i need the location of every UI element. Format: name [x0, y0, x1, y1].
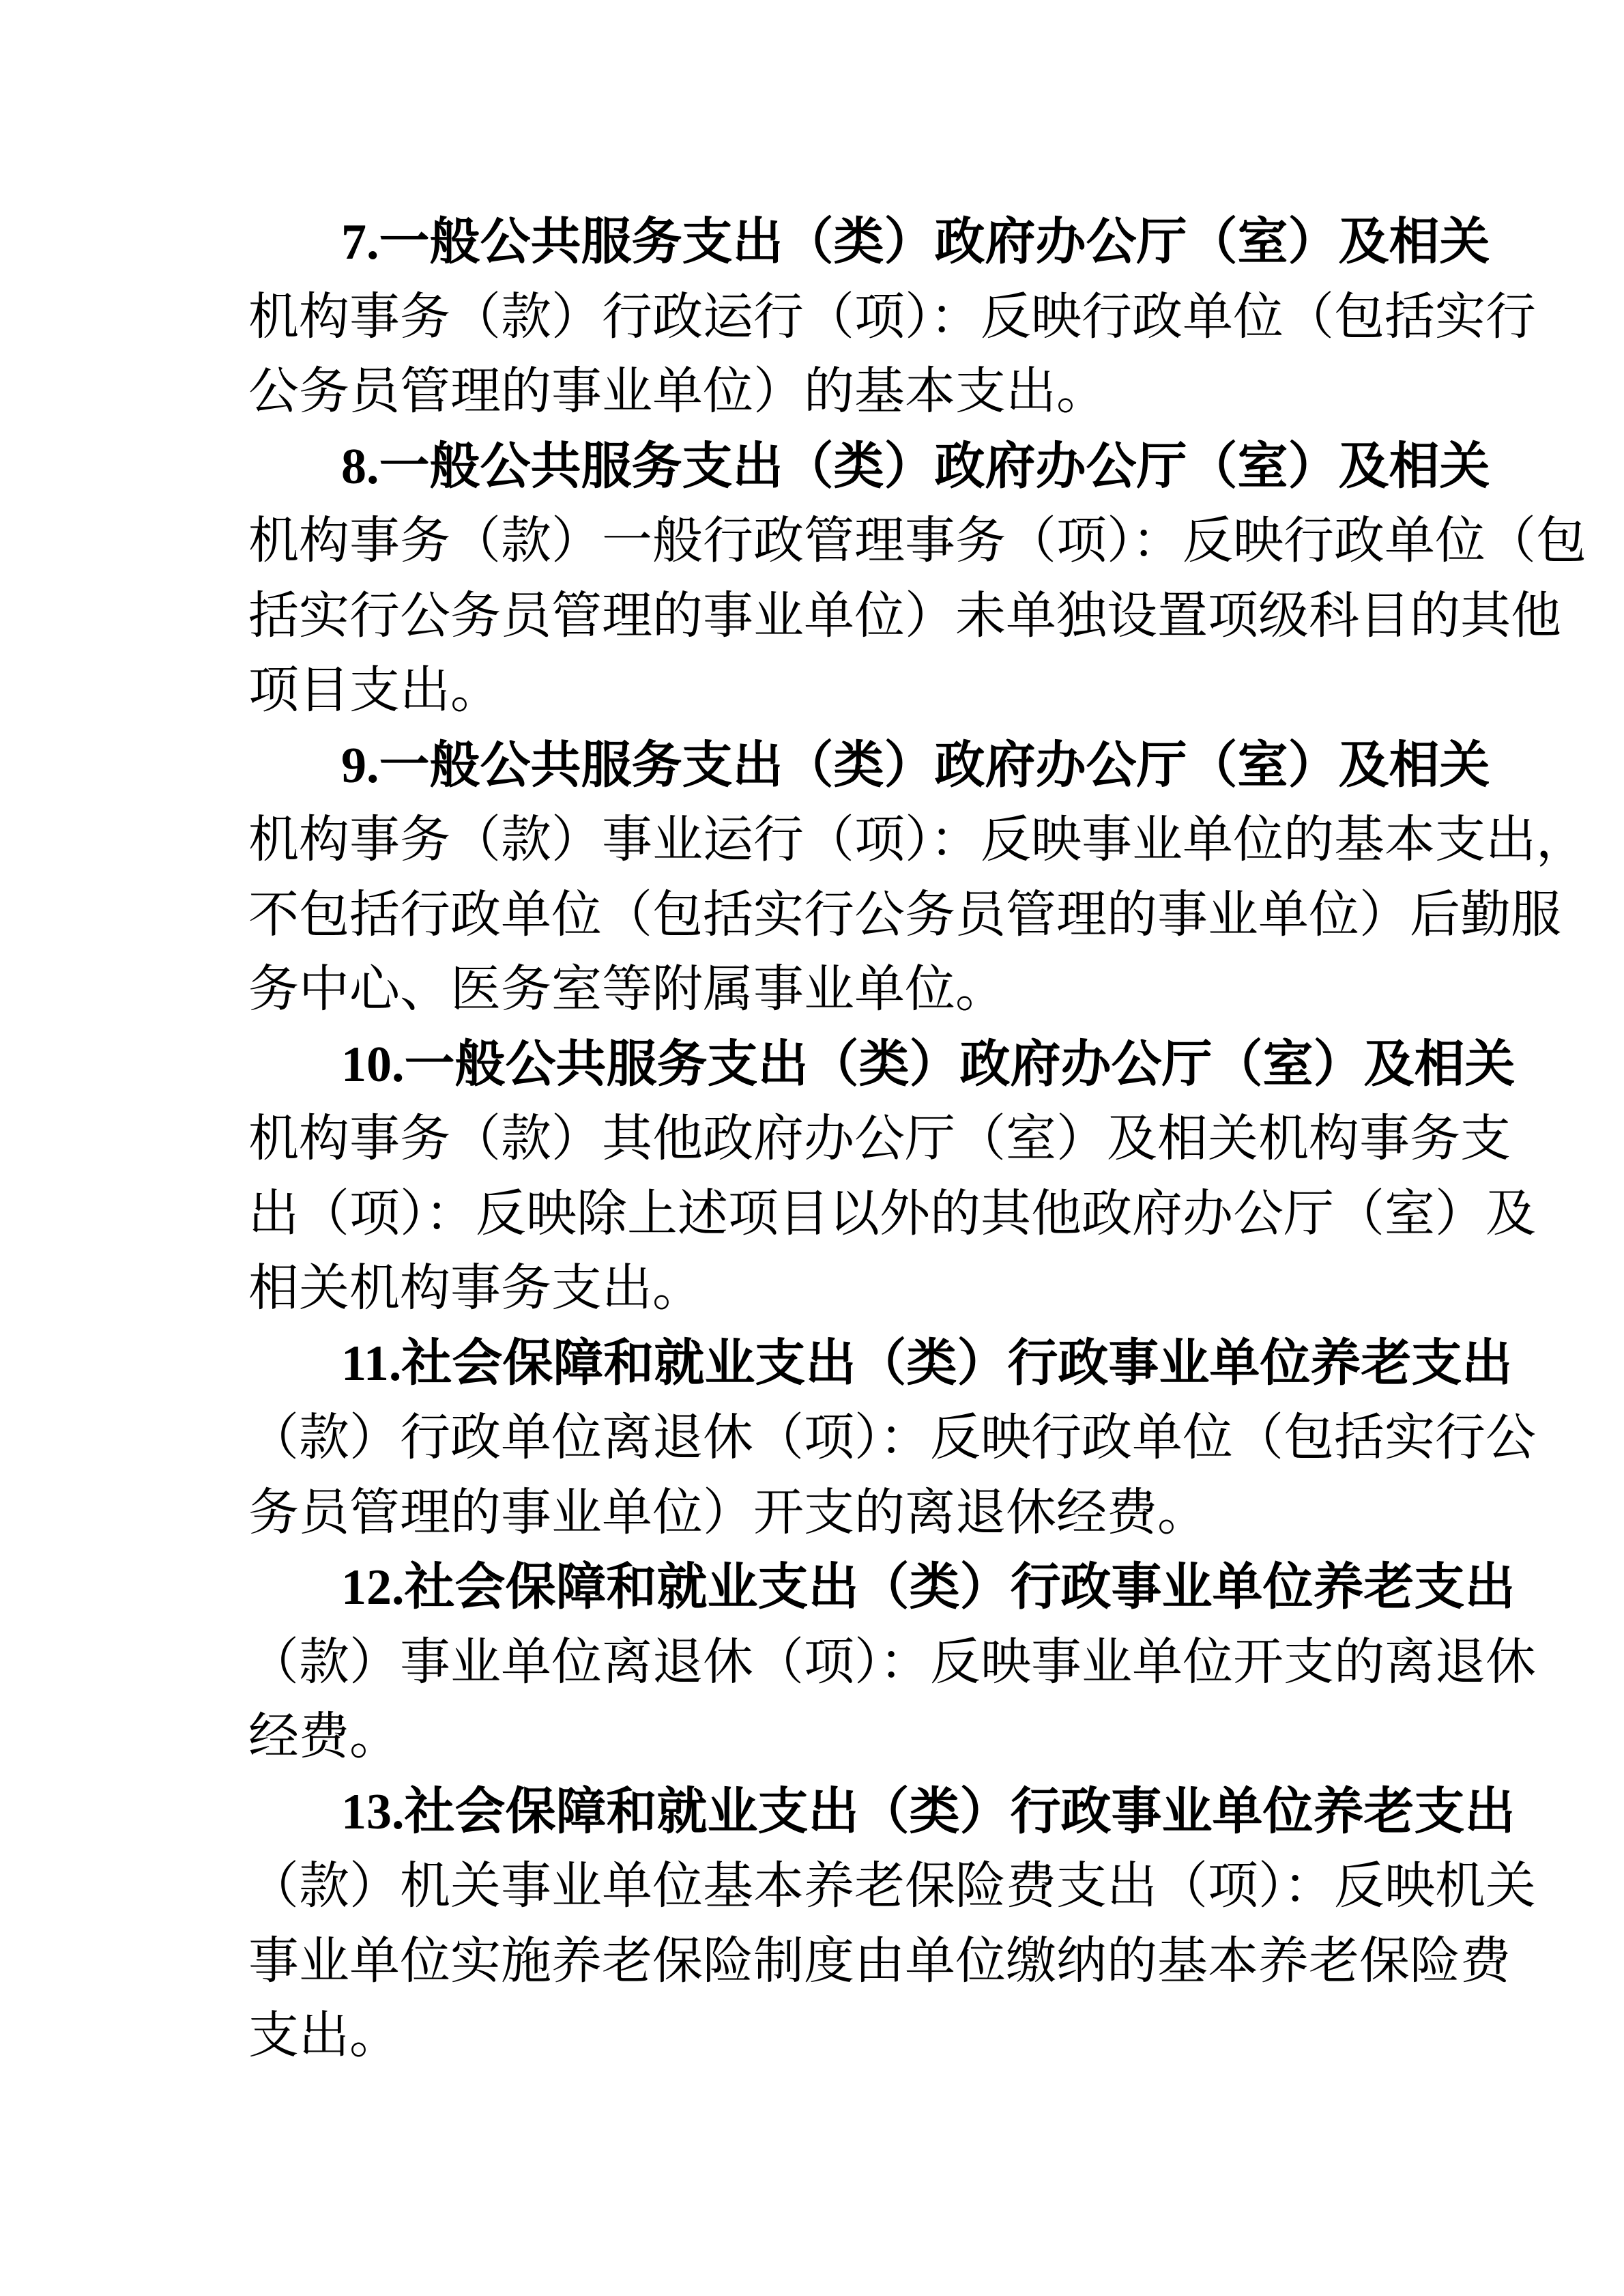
paragraph-line: 12.社会保障和就业支出（类）行政事业单位养老支出: [248, 1550, 1395, 1625]
paragraph-line: 括实行公务员管理的事业单位）未单独设置项级科目的其他: [248, 579, 1395, 654]
line-text: 社会保障和就业支出（类）行政事业单位养老支出: [405, 1782, 1516, 1841]
item-number: 9.: [341, 738, 379, 794]
paragraph-line: 机构事务（款）其他政府办公厅（室）及相关机构事务支: [248, 1102, 1395, 1177]
item-number: 8.: [341, 439, 379, 495]
paragraph-line: 项目支出。: [248, 653, 1395, 728]
paragraph-13: 13.社会保障和就业支出（类）行政事业单位养老支出 （款）机关事业单位基本养老保…: [248, 1775, 1395, 2073]
item-number: 11.: [341, 1336, 401, 1392]
paragraph-line: 7.一般公共服务支出（类）政府办公厅（室）及相关: [248, 205, 1395, 280]
paragraph-10: 10.一般公共服务支出（类）政府办公厅（室）及相关 机构事务（款）其他政府办公厅…: [248, 1027, 1395, 1326]
paragraph-12: 12.社会保障和就业支出（类）行政事业单位养老支出 （款）事业单位离退休（项）：…: [248, 1550, 1395, 1775]
paragraph-line: 务员管理的事业单位）开支的离退休经费。: [248, 1476, 1395, 1551]
line-text: 一般公共服务支出（类）政府办公厅（室）及相关: [379, 212, 1490, 271]
paragraph-line: （款）事业单位离退休（项）：反映事业单位开支的离退休: [248, 1625, 1395, 1700]
paragraph-line: 13.社会保障和就业支出（类）行政事业单位养老支出: [248, 1775, 1395, 1850]
line-text: 社会保障和就业支出（类）行政事业单位养老支出: [405, 1558, 1516, 1616]
item-number: 13.: [341, 1784, 405, 1840]
paragraph-line: 务中心、医务室等附属事业单位。: [248, 952, 1395, 1027]
paragraph-line: 经费。: [248, 1699, 1395, 1775]
line-text: 一般公共服务支出（类）政府办公厅（室）及相关: [405, 1035, 1516, 1093]
line-text: 一般公共服务支出（类）政府办公厅（室）及相关: [379, 736, 1490, 794]
document-page: 7.一般公共服务支出（类）政府办公厅（室）及相关 机构事务（款）行政运行（项）：…: [248, 205, 1395, 2073]
paragraph-9: 9.一般公共服务支出（类）政府办公厅（室）及相关 机构事务（款）事业运行（项）：…: [248, 728, 1395, 1027]
paragraph-8: 8.一般公共服务支出（类）政府办公厅（室）及相关 机构事务（款）一般行政管理事务…: [248, 429, 1395, 728]
paragraph-line: 机构事务（款）一般行政管理事务（项）：反映行政单位（包: [248, 504, 1395, 579]
paragraph-line: 出（项）：反映除上述项目以外的其他政府办公厅（室）及: [248, 1177, 1395, 1252]
paragraph-line: 公务员管理的事业单位）的基本支出。: [248, 354, 1395, 429]
paragraph-7: 7.一般公共服务支出（类）政府办公厅（室）及相关 机构事务（款）行政运行（项）：…: [248, 205, 1395, 429]
paragraph-line: 事业单位实施养老保险制度由单位缴纳的基本养老保险费: [248, 1924, 1395, 1999]
paragraph-11: 11.社会保障和就业支出（类）行政事业单位养老支出 （款）行政单位离退休（项）：…: [248, 1326, 1395, 1551]
paragraph-line: （款）行政单位离退休（项）：反映行政单位（包括实行公: [248, 1401, 1395, 1476]
line-text: 一般公共服务支出（类）政府办公厅（室）及相关: [379, 437, 1490, 496]
paragraph-line: 10.一般公共服务支出（类）政府办公厅（室）及相关: [248, 1027, 1395, 1102]
item-number: 7.: [341, 214, 379, 270]
paragraph-line: 相关机构事务支出。: [248, 1251, 1395, 1326]
paragraph-line: 8.一般公共服务支出（类）政府办公厅（室）及相关: [248, 429, 1395, 504]
paragraph-line: 机构事务（款）行政运行（项）：反映行政单位（包括实行: [248, 280, 1395, 355]
paragraph-line: 9.一般公共服务支出（类）政府办公厅（室）及相关: [248, 728, 1395, 803]
paragraph-line: 机构事务（款）事业运行（项）：反映事业单位的基本支出，: [248, 803, 1395, 878]
line-text: 社会保障和就业支出（类）行政事业单位养老支出: [401, 1334, 1512, 1392]
paragraph-line: 支出。: [248, 1998, 1395, 2073]
paragraph-line: （款）机关事业单位基本养老保险费支出（项）：反映机关: [248, 1849, 1395, 1924]
item-number: 12.: [341, 1560, 405, 1616]
paragraph-line: 不包括行政单位（包括实行公务员管理的事业单位）后勤服: [248, 878, 1395, 953]
paragraph-line: 11.社会保障和就业支出（类）行政事业单位养老支出: [248, 1326, 1395, 1401]
item-number: 10.: [341, 1037, 405, 1093]
